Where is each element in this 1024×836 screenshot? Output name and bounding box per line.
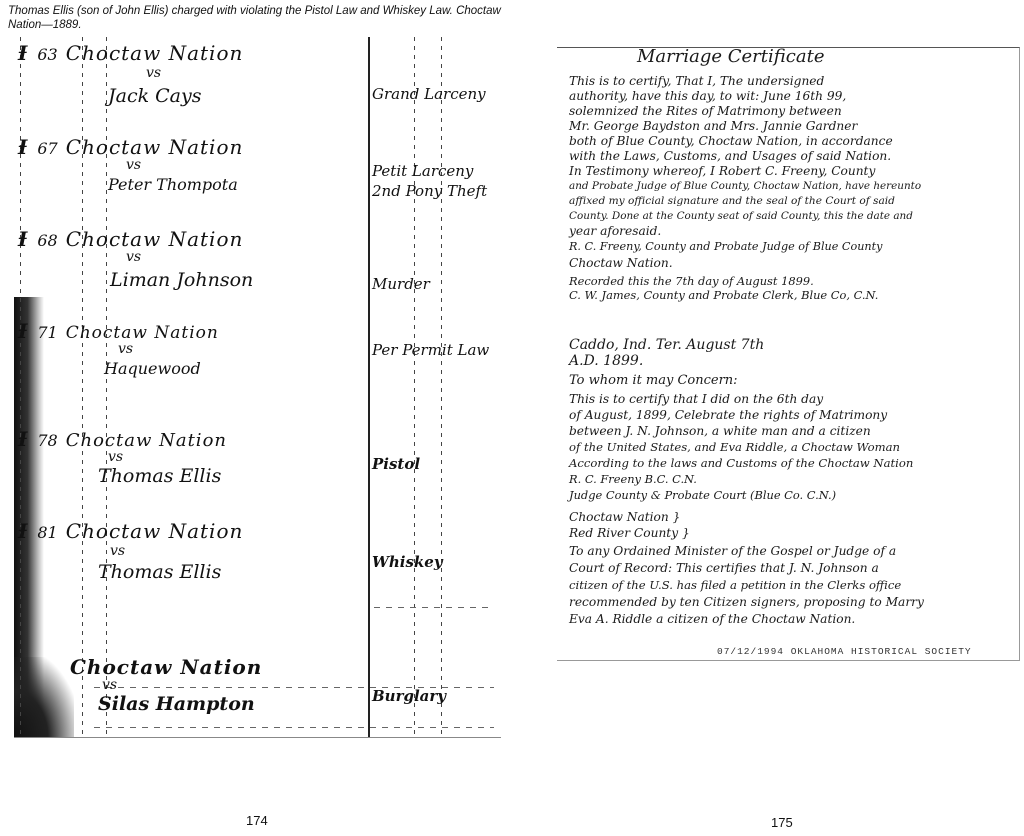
handwritten-line: of the United States, and Eva Riddle, a … <box>569 440 900 454</box>
handwritten-line: between J. N. Johnson, a white man and a… <box>569 424 871 438</box>
versus: vs <box>118 341 133 357</box>
ruled-line <box>94 727 494 728</box>
handwritten-line: solemnized the Rites of Matrimony betwee… <box>569 104 842 118</box>
handwritten-line: both of Blue County, Choctaw Nation, in … <box>569 134 893 148</box>
plaintiff: Choctaw Nation <box>66 430 227 451</box>
handwritten-line: citizen of the U.S. has filed a petition… <box>569 578 901 592</box>
versus: vs <box>102 677 117 693</box>
charge: Whiskey <box>372 553 443 571</box>
charge: Petit Larceny 2nd Pony Theft <box>372 161 501 201</box>
handwritten-line: To whom it may Concern: <box>569 374 738 388</box>
charge: Per Permit Law <box>372 341 489 359</box>
defendant: Jack Cays <box>108 85 202 107</box>
entry-mark: Ɨ <box>18 227 27 251</box>
handwritten-line: Choctaw Nation. <box>569 256 673 270</box>
entry-mark: Ɨ <box>18 135 27 159</box>
ruled-line <box>374 607 494 608</box>
handwritten-line: Recorded this the 7th day of August 1899… <box>569 274 814 288</box>
handwritten-line: Mr. George Baydston and Mrs. Jannie Gard… <box>569 119 857 133</box>
docket-entry: Ɨ71Choctaw Nation vs Haquewood <box>18 319 219 343</box>
ruled-line <box>441 37 442 737</box>
versus: vs <box>126 157 141 173</box>
docket-entry: Ɨ63Choctaw Nation vs Jack Cays <box>18 41 243 65</box>
entry-mark: Ɨ <box>18 427 27 451</box>
scan-shadow <box>14 657 74 737</box>
charge: Pistol <box>372 455 420 473</box>
ruled-line <box>414 37 415 737</box>
certificate-title: Marriage Certificate <box>637 50 824 64</box>
handwritten-line: Judge County & Probate Court (Blue Co. C… <box>569 488 836 502</box>
handwritten-line: Court of Record: This certifies that J. … <box>569 561 879 575</box>
entry-mark: Ɨ <box>18 41 27 65</box>
handwritten-line: affixed my official signature and the se… <box>569 194 895 208</box>
docket-entry: Ɨ67Choctaw Nation vs Peter Thompota <box>18 135 243 159</box>
handwritten-line: County. Done at the County seat of said … <box>569 209 913 223</box>
defendant: Peter Thompota <box>108 175 238 194</box>
handwritten-line: R. C. Freeny, County and Probate Judge o… <box>569 240 882 254</box>
case-number: 68 <box>37 231 57 250</box>
handwritten-line: authority, have this day, to wit: June 1… <box>569 89 846 103</box>
handwritten-line: To any Ordained Minister of the Gospel o… <box>569 544 896 558</box>
plaintiff: Choctaw Nation <box>66 41 244 65</box>
plaintiff: Choctaw Nation <box>66 323 219 343</box>
handwritten-line: This is to certify that I did on the 6th… <box>569 392 823 406</box>
docket-entry: Choctaw Nation vs Silas Hampton <box>70 655 262 679</box>
column-rule <box>368 37 370 737</box>
case-number: 78 <box>37 431 57 450</box>
case-number: 81 <box>37 523 57 542</box>
docket-entry: Ɨ68Choctaw Nation vs Liman Johnson <box>18 227 243 251</box>
handwritten-line: recommended by ten Citizen signers, prop… <box>569 595 924 609</box>
versus: vs <box>146 65 161 81</box>
defendant: Silas Hampton <box>98 693 255 715</box>
handwritten-line: In Testimony whereof, I Robert C. Freeny… <box>569 164 875 178</box>
page-number-right: 175 <box>771 815 793 830</box>
charge: Grand Larceny <box>372 85 486 103</box>
defendant: Haquewood <box>104 359 201 378</box>
case-number: 67 <box>37 139 57 158</box>
entry-mark: Ɨ <box>18 519 27 543</box>
case-number: 63 <box>37 45 57 64</box>
versus: vs <box>126 249 141 265</box>
handwritten-line: This is to certify, That I, The undersig… <box>569 74 824 88</box>
versus: vs <box>108 449 123 465</box>
entry-mark: Ɨ <box>18 319 27 343</box>
archive-stamp: 07/12/1994 OKLAHOMA HISTORICAL SOCIETY <box>717 646 972 657</box>
photo-caption: Thomas Ellis (son of John Ellis) charged… <box>8 4 503 32</box>
handwritten-line: of August, 1899, Celebrate the rights of… <box>569 408 887 422</box>
docket-entry: Ɨ81Choctaw Nation vs Thomas Ellis <box>18 519 243 543</box>
charge: Murder <box>372 275 430 293</box>
page-number-left: 174 <box>246 813 268 828</box>
handwritten-line: Caddo, Ind. Ter. August 7th <box>569 338 764 352</box>
defendant: Thomas Ellis <box>98 465 221 487</box>
plaintiff: Choctaw Nation <box>66 519 244 543</box>
handwritten-line: and Probate Judge of Blue County, Chocta… <box>569 179 921 193</box>
handwritten-line: A.D. 1899. <box>569 354 643 368</box>
plaintiff: Choctaw Nation <box>66 135 244 159</box>
case-number: 71 <box>37 323 57 342</box>
defendant: Liman Johnson <box>110 269 253 291</box>
versus: vs <box>110 543 125 559</box>
handwritten-line: with the Laws, Customs, and Usages of sa… <box>569 149 891 163</box>
handwritten-line: year aforesaid. <box>569 224 661 238</box>
plaintiff: Choctaw Nation <box>70 655 262 679</box>
handwritten-line: Choctaw Nation } <box>569 510 680 524</box>
defendant: Thomas Ellis <box>98 561 221 583</box>
handwritten-line: Red River County } <box>569 526 690 540</box>
handwritten-line: Eva A. Riddle a citizen of the Choctaw N… <box>569 612 855 626</box>
marriage-certificate-scan: Marriage Certificate This is to certify,… <box>557 47 1020 661</box>
plaintiff: Choctaw Nation <box>66 227 244 251</box>
docket-entry: Ɨ78Choctaw Nation vs Thomas Ellis <box>18 427 227 451</box>
handwritten-line: C. W. James, County and Probate Clerk, B… <box>569 288 878 302</box>
court-docket-scan: Ɨ63Choctaw Nation vs Jack Cays Grand Lar… <box>14 37 501 738</box>
handwritten-line: According to the laws and Customs of the… <box>569 456 913 470</box>
charge: Burglary <box>372 687 446 705</box>
handwritten-line: R. C. Freeny B.C. C.N. <box>569 472 697 486</box>
